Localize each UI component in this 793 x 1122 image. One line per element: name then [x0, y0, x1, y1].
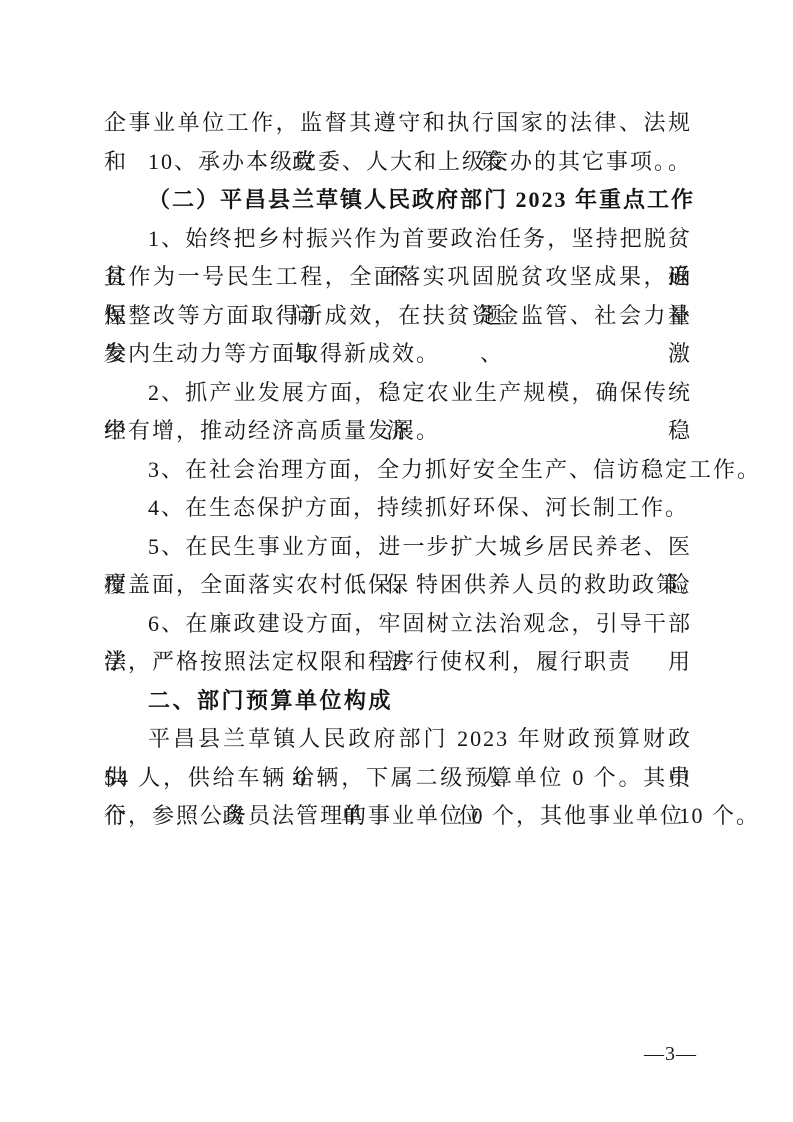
body-line: 10、承办本级党委、人大和上级交办的其它事项。	[104, 143, 692, 182]
body-line: 3、在社会治理方面，全力抓好安全生产、信访稳定工作。	[104, 451, 692, 490]
body-line: 1、始终把乡村振兴作为首要政治任务，坚持把脱贫且不返	[104, 220, 692, 259]
content-area: 企事业单位工作，监督其遵守和执行国家的法律、法规和政策。 10、承办本级党委、人…	[104, 104, 692, 836]
body-line: 4、在生态保护方面，持续抓好环保、河长制工作。	[104, 489, 692, 528]
body-line: 个，参照公务员法管理的事业单位 0 个，其他事业单位 0 个。	[104, 797, 692, 836]
body-line: 贫作为一号民生工程，全面落实巩固脱贫攻坚成果，确保问题补	[104, 258, 692, 297]
body-line: 6、在廉政建设方面，牢固树立法治观念，引导干部学法用	[104, 605, 692, 644]
body-line: 企事业单位工作，监督其遵守和执行国家的法律、法规和政策。	[104, 104, 692, 143]
page-number: —3—	[644, 1042, 697, 1066]
body-line: 5、在民生事业方面，进一步扩大城乡居民养老、医疗保险	[104, 528, 692, 567]
body-line: 短整改等方面取得新成效，在扶贫资金监管、社会力量参与、激	[104, 297, 692, 336]
document-page: 企事业单位工作，监督其遵守和执行国家的法律、法规和政策。 10、承办本级党委、人…	[0, 0, 793, 1122]
heading-section-key-work: （二）平昌县兰草镇人民政府部门 2023 年重点工作	[104, 181, 692, 220]
body-line: 54 人，供给车辆 0 辆，下属二级预算单位 0 个。其中行政单位 1	[104, 759, 692, 798]
body-line: 平昌县兰草镇人民政府部门 2023 年财政预算财政供给人员	[104, 720, 692, 759]
body-line: 覆盖面，全面落实农村低保、特困供养人员的救助政策。	[104, 566, 692, 605]
body-line: 法，严格按照法定权限和程序行使权利，履行职责	[104, 643, 692, 682]
body-line: 2、抓产业发展方面，稳定农业生产规模，确保传统经济稳	[104, 374, 692, 413]
heading-budget-unit-composition: 二、部门预算单位构成	[104, 682, 692, 721]
